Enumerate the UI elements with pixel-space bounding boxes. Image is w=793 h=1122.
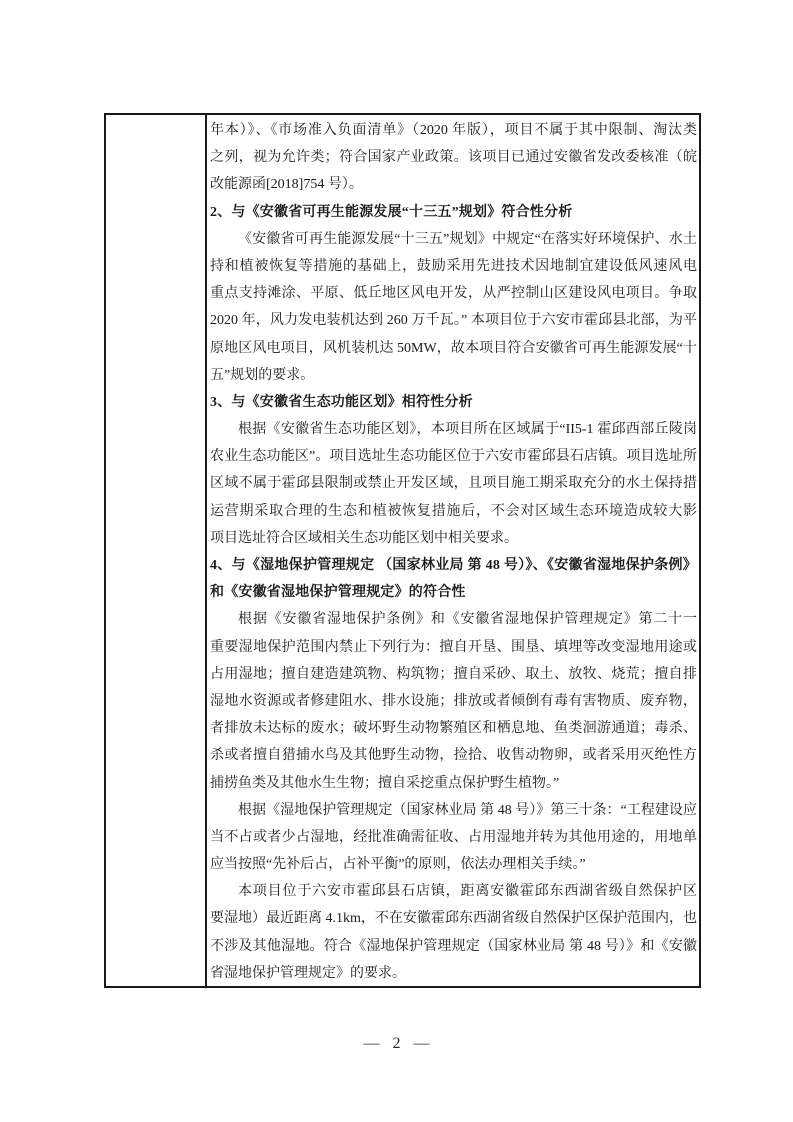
text-line: 杀或者擅自猎捕水鸟及其他野生动物，捡拾、收售动物卵，或者采用灭绝性方式 bbox=[210, 742, 697, 769]
text-line: 根据《湿地保护管理规定（国家林业局 第 48 号）》第三十条：“工程建设应 bbox=[210, 797, 697, 824]
text-line: 五”规划的要求。 bbox=[210, 362, 697, 389]
text-line: 重点支持滩涂、平原、低丘地区风电开发，从严控制山区建设风电项目。争取到 bbox=[210, 280, 697, 307]
text-line: 省湿地保护管理规定》的要求。 bbox=[210, 960, 697, 986]
text-line: 区域不属于霍邱县限制或禁止开发区域，且项目施工期采取充分的水土保持措施、 bbox=[210, 470, 697, 497]
section-heading-line: 和《安徽省湿地保护管理规定》的符合性 bbox=[210, 579, 697, 606]
text-line: 运营期采取合理的生态和植被恢复措施后，不会对区域生态环境造成较大影响。 bbox=[210, 498, 697, 525]
text-line: 者排放未达标的废水；破坏野生动物繁殖区和栖息地、鱼类洄游通道；毒杀、电 bbox=[210, 715, 697, 742]
text-line: 年本）》、《市场准入负面清单》（2020 年版），项目不属于其中限制、淘汰类 bbox=[210, 117, 697, 144]
text-line: 湿地水资源或者修建阻水、排水设施；排放或者倾倒有毒有害物质、废弃物，或 bbox=[210, 688, 697, 715]
text-line: 占用湿地；擅自建造建筑物、构筑物；擅自采砂、取土、放牧、烧荒；擅自排放 bbox=[210, 661, 697, 688]
table-left-column-cell bbox=[106, 115, 207, 986]
text-line: 《安徽省可再生能源发展“十三五”规划》中规定“在落实好环境保护、水土保 bbox=[210, 226, 697, 253]
section-heading-line: 4、与《湿地保护管理规定 （国家林业局 第 48 号）》、《安徽省湿地保护条例》 bbox=[210, 552, 697, 579]
text-line: 本项目位于六安市霍邱县石店镇，距离安徽霍邱东西湖省级自然保护区（重 bbox=[210, 878, 697, 905]
document-page: { "page": { "number_label": "— 2 —" }, "… bbox=[0, 0, 793, 1122]
text-line: 根据《安徽省湿地保护条例》和《安徽省湿地保护管理规定》第二十一条：“在 bbox=[210, 606, 697, 633]
text-line: 之列，视为允许类；符合国家产业政策。该项目已通过安徽省发改委核准（皖发 bbox=[210, 144, 697, 171]
text-line: 2020 年，风力发电装机达到 260 万千瓦。” 本项目位于六安市霍邱县北部，… bbox=[210, 307, 697, 334]
text-line: 当不占或者少占湿地，经批准确需征收、占用湿地并转为其他用途的，用地单位 bbox=[210, 824, 697, 851]
text-line: 根据《安徽省生态功能区划》，本项目所在区域属于“II5-1 霍邱西部丘陵岗地 bbox=[210, 416, 697, 443]
assessment-table: 年本）》、《市场准入负面清单》（2020 年版），项目不属于其中限制、淘汰类之列… bbox=[104, 113, 701, 988]
text-line: 重要湿地保护范围内禁止下列行为：擅自开垦、围垦、填埋等改变湿地用途或者 bbox=[210, 634, 697, 661]
text-line: 原地区风电项目，风机装机达 50MW，故本项目符合安徽省可再生能源发展“十三 bbox=[210, 335, 697, 362]
text-line: 捕捞鱼类及其他水生生物；擅自采挖重点保护野生植物。” bbox=[210, 770, 697, 797]
text-line: 农业生态功能区”。项目选址生态功能区位于六安市霍邱县石店镇。项目选址所在 bbox=[210, 443, 697, 470]
table-main-text-cell: 年本）》、《市场准入负面清单》（2020 年版），项目不属于其中限制、淘汰类之列… bbox=[207, 115, 699, 986]
text-line: 持和植被恢复等措施的基础上，鼓励采用先进技术因地制宜建设低风速风电场， bbox=[210, 253, 697, 280]
text-line: 要湿地）最近距离 4.1km，不在安徽霍邱东西湖省级自然保护区保护范围内，也 bbox=[210, 905, 697, 932]
page-number: — 2 — bbox=[0, 1035, 793, 1053]
text-line: 项目选址符合区域相关生态功能区划中相关要求。 bbox=[210, 525, 697, 552]
text-line: 应当按照“先补后占，占补平衡”的原则，依法办理相关手续。” bbox=[210, 851, 697, 878]
section-heading-line: 3、与《安徽省生态功能区划》相符性分析 bbox=[210, 389, 697, 416]
section-heading-line: 2、与《安徽省可再生能源发展“十三五”规划》符合性分析 bbox=[210, 199, 697, 226]
text-line: 不涉及其他湿地。符合《湿地保护管理规定（国家林业局 第 48 号）》和《安徽 bbox=[210, 933, 697, 960]
text-line: 改能源函[2018]754 号）。 bbox=[210, 171, 697, 198]
